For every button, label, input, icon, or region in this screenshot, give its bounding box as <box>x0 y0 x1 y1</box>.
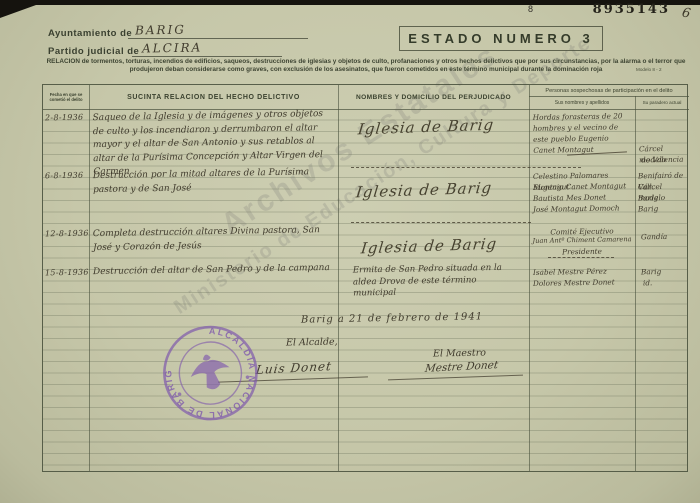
ayuntamiento-value: BARIG <box>135 23 186 38</box>
header-paradero: Su paradero actual <box>636 97 688 108</box>
alcalde-label: El Alcalde, <box>286 337 338 349</box>
row2-paradero-4: Barig <box>638 203 688 215</box>
underline <box>132 56 282 57</box>
row2-hecho: Destrucción por la mitad altares de la P… <box>93 166 335 197</box>
header-fecha: Fecha en que se cometió el delito <box>44 86 88 108</box>
row-separator-dashes <box>351 167 581 168</box>
row4-perjudicado: Ermita de San Pedro situada en la aldea … <box>353 263 522 300</box>
row2-fecha: 6-8-1936 <box>45 171 84 181</box>
row4-paradero-2: id. <box>643 277 689 289</box>
column-divider <box>338 85 339 471</box>
row1-sospechosos: Hordas forasteras de 20 hombres y el vec… <box>533 110 632 156</box>
header-personas-sospechosas: Personas sospechosas de participación en… <box>530 85 688 96</box>
header-sucinta-relacion: SUCINTA RELACION DEL HECHO DELICTIVO <box>90 86 337 108</box>
partido-judicial-value: ALCIRA <box>142 40 203 55</box>
row3-fecha: 12-8-1936 <box>45 229 89 239</box>
row-separator-dashes <box>351 222 531 223</box>
top-center-number: 8 <box>528 4 533 14</box>
row2-paradero-3: Barig <box>638 192 688 204</box>
row3-hecho: Completa destrucción altares Divina past… <box>93 224 335 255</box>
row1-paradero-line2: de Valencia <box>641 154 689 166</box>
partido-judicial-label: Partido judicial de <box>48 46 139 57</box>
relacion-paragraph: RELACION de tormentos, torturas, incendi… <box>44 58 688 73</box>
row2-sospechoso-4: José Montagut Domoch <box>533 202 633 215</box>
modelo-note: Modelo 8 - 2 <box>636 67 662 72</box>
stamp-eagle-emblem <box>186 350 233 394</box>
underline <box>128 38 308 39</box>
estado-title: ESTADO NUMERO 3 <box>408 31 593 46</box>
scanned-document: Archivos Estatales Ministerio de Educaci… <box>0 0 700 503</box>
column-divider <box>89 85 90 471</box>
column-divider <box>529 85 530 471</box>
row-separator-dashes <box>548 257 614 258</box>
header-nombres-perjudicado: NOMBRES Y DOMICILIO DEL PERJUDICADO <box>339 86 528 108</box>
folio-number-stamp: 8935143 <box>593 2 670 17</box>
row4-sospechoso-2: Dolores Mestre Donet <box>533 276 633 289</box>
header-sus-nombres: Sus nombres y apellidos <box>530 97 634 108</box>
row3-sospechoso-3: Presidente <box>530 245 634 258</box>
ayuntamiento-label: Ayuntamiento de <box>48 28 132 39</box>
row4-paradero-1: Barig <box>641 266 687 278</box>
crimes-table: Fecha en que se cometió el delito SUCINT… <box>42 84 688 472</box>
column-divider <box>635 96 636 471</box>
row3-paradero: Gandía <box>641 231 687 243</box>
estado-title-box: ESTADO NUMERO 3 <box>399 26 603 51</box>
row4-fecha: 15-8-1936 <box>45 268 89 278</box>
maestro-label: El Maestro <box>433 348 486 360</box>
row1-fecha: 2-8-1936 <box>45 113 84 123</box>
